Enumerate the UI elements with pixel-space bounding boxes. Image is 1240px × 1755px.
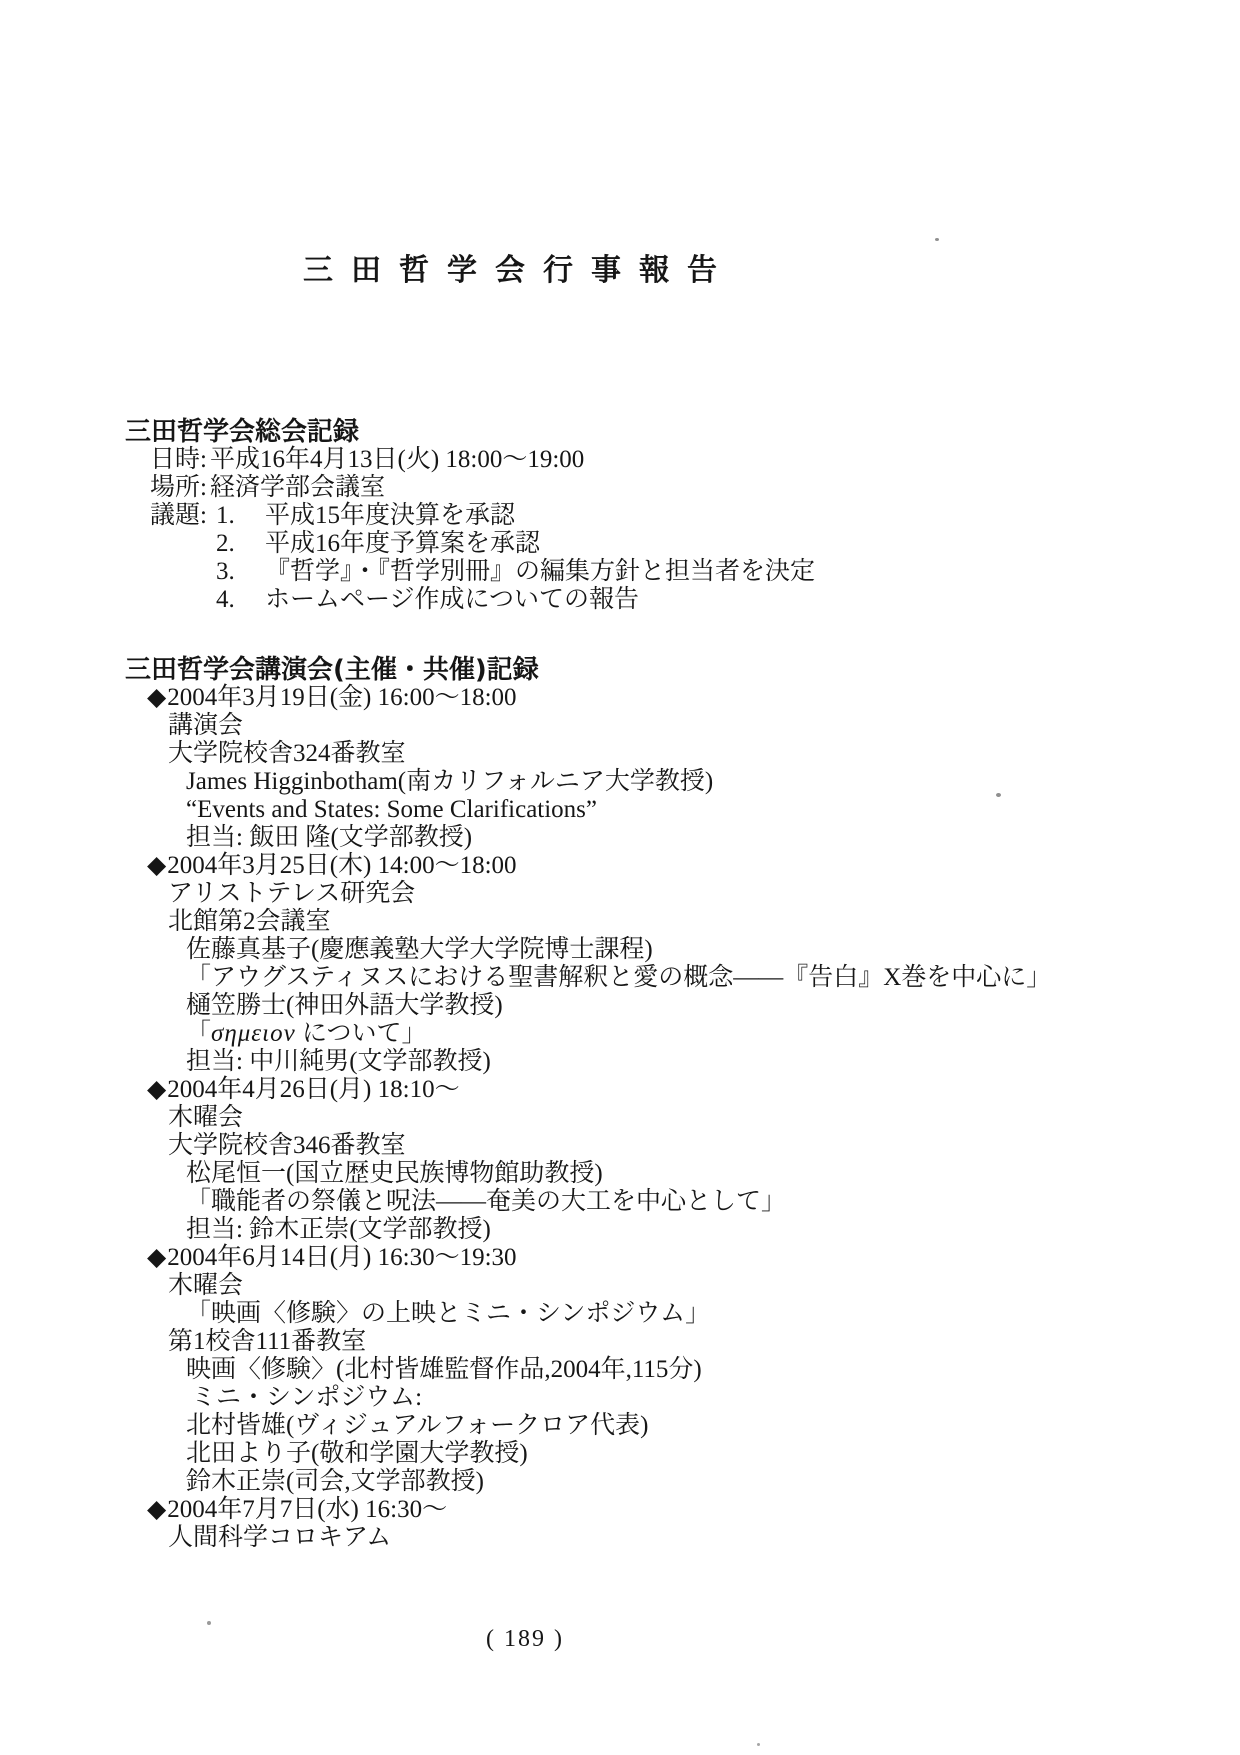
event-type-line: 木曜会 [168,1272,1180,1300]
organizer-line: 担当: 飯田 隆(文学部教授) [186,824,1180,852]
venue-line: 北館第2会議室 [168,908,1180,936]
agenda-item-row: 議題: 1. 平成15年度決算を承認 [150,502,1180,530]
talk-title-line: 「職能者の祭儀と呪法――奄美の大工を中心として」 [186,1188,1180,1216]
speaker-line: 松尾恒一(国立歴史民族博物館助教授) [186,1160,1180,1188]
talk-title-greek-line: 「σημειον について」 [186,1020,1180,1048]
agenda-item-row: 3. 『哲学』・『哲学別冊』の編集方針と担当者を決定 [150,558,1180,586]
agenda-item-row: 4. ホームページ作成についての報告 [150,586,1180,614]
agenda-item-number: 4. [210,586,265,614]
organizer-line: 担当: 鈴木正崇(文学部教授) [186,1216,1180,1244]
symposium-label-line: ミニ・シンポジウム: [191,1384,1180,1412]
diamond-bullet-icon: ◆ [147,1496,166,1523]
event-date-line: ◆2004年6月14日(月) 16:30〜19:30 [147,1244,1180,1272]
agenda-item-text: 平成15年度決算を承認 [265,502,515,530]
quote-open: 「 [186,1020,211,1047]
organizer-line: 担当: 中川純男(文学部教授) [186,1048,1180,1076]
event-type-line: 木曜会 [168,1104,1180,1132]
lecture-records-heading: 三田哲学会講演会(主催・共催)記録 [125,656,1180,684]
event-date-text: 2004年4月26日(月) 18:10〜 [167,1076,459,1103]
film-info-line: 映画〈修験〉(北村皆雄監督作品,2004年,115分) [186,1356,1180,1384]
talk-title-line: 「アウグスティヌスにおける聖書解釈と愛の概念――『告白』X巻を中心に」 [186,964,1180,992]
venue-line: 第1校舎111番教室 [168,1328,1180,1356]
speaker-line: 佐藤真基子(慶應義塾大学大学院博士課程) [186,936,1180,964]
agenda-item-text: ホームページ作成についての報告 [265,586,639,614]
agenda-item-number: 3. [210,558,265,586]
event-date-line: ◆2004年4月26日(月) 18:10〜 [147,1076,1180,1104]
agenda-label: 議題: [150,502,210,530]
event-date-text: 2004年3月19日(金) 16:00〜18:00 [167,684,516,711]
diamond-bullet-icon: ◆ [147,1076,166,1103]
place-value: 経済学部会議室 [210,474,385,502]
diamond-bullet-icon: ◆ [147,1244,166,1271]
venue-line: 大学院校舎324番教室 [168,740,1180,768]
speaker-line: 樋笠勝士(神田外語大学教授) [186,992,1180,1020]
event-type-line: 人間科学コロキアム [168,1524,1180,1552]
event-date-line: ◆2004年7月7日(水) 16:30〜 [147,1496,1180,1524]
speaker-line: 北田より子(敬和学園大学教授) [186,1440,1180,1468]
quote-close: について」 [296,1020,427,1047]
event-type-line: 講演会 [168,712,1180,740]
scan-speck [757,1743,760,1746]
datetime-label: 日時: [150,446,210,474]
document-page: 三田哲学会行事報告 三田哲学会総会記録 日時: 平成16年4月13日(火) 18… [0,0,1240,1755]
event-date-line: ◆2004年3月19日(金) 16:00〜18:00 [147,684,1180,712]
scan-speck [207,1621,211,1625]
speaker-line: 鈴木正崇(司会,文学部教授) [186,1468,1180,1496]
page-number: ( 189 ) [125,1626,925,1653]
general-meeting-section: 三田哲学会総会記録 日時: 平成16年4月13日(火) 18:00〜19:00 … [125,418,1180,614]
agenda-item-text: 平成16年度予算案を承認 [265,530,540,558]
venue-line: 大学院校舎346番教室 [168,1132,1180,1160]
talk-title-line: “Events and States: Some Clarifications” [186,796,1180,824]
scan-speck [935,238,939,241]
talk-title-line: 「映画〈修験〉の上映とミニ・シンポジウム」 [186,1300,1180,1328]
page-title: 三田哲学会行事報告 [303,254,1180,288]
speaker-line: James Higginbotham(南カリフォルニア大学教授) [186,768,1180,796]
event-type-line: アリストテレス研究会 [168,880,1180,908]
event-date-text: 2004年3月25日(木) 14:00〜18:00 [167,852,516,879]
agenda-item-text: 『哲学』・『哲学別冊』の編集方針と担当者を決定 [265,558,815,586]
meeting-datetime-row: 日時: 平成16年4月13日(火) 18:00〜19:00 [150,446,1180,474]
diamond-bullet-icon: ◆ [147,852,166,879]
agenda-item-number: 1. [210,502,265,530]
meeting-place-row: 場所: 経済学部会議室 [150,474,1180,502]
datetime-value: 平成16年4月13日(火) 18:00〜19:00 [210,446,584,474]
diamond-bullet-icon: ◆ [147,684,166,711]
event-date-text: 2004年6月14日(月) 16:30〜19:30 [167,1244,516,1271]
place-label: 場所: [150,474,210,502]
event-date-line: ◆2004年3月25日(木) 14:00〜18:00 [147,852,1180,880]
lecture-records-section: 三田哲学会講演会(主催・共催)記録 ◆2004年3月19日(金) 16:00〜1… [125,656,1180,1552]
scan-speck [996,793,1001,797]
greek-word: σημειον [211,1020,296,1047]
agenda-item-number: 2. [210,530,265,558]
agenda-item-row: 2. 平成16年度予算案を承認 [150,530,1180,558]
speaker-line: 北村皆雄(ヴィジュアルフォークロア代表) [186,1412,1180,1440]
event-date-text: 2004年7月7日(水) 16:30〜 [167,1496,447,1523]
general-meeting-heading: 三田哲学会総会記録 [125,418,1180,446]
